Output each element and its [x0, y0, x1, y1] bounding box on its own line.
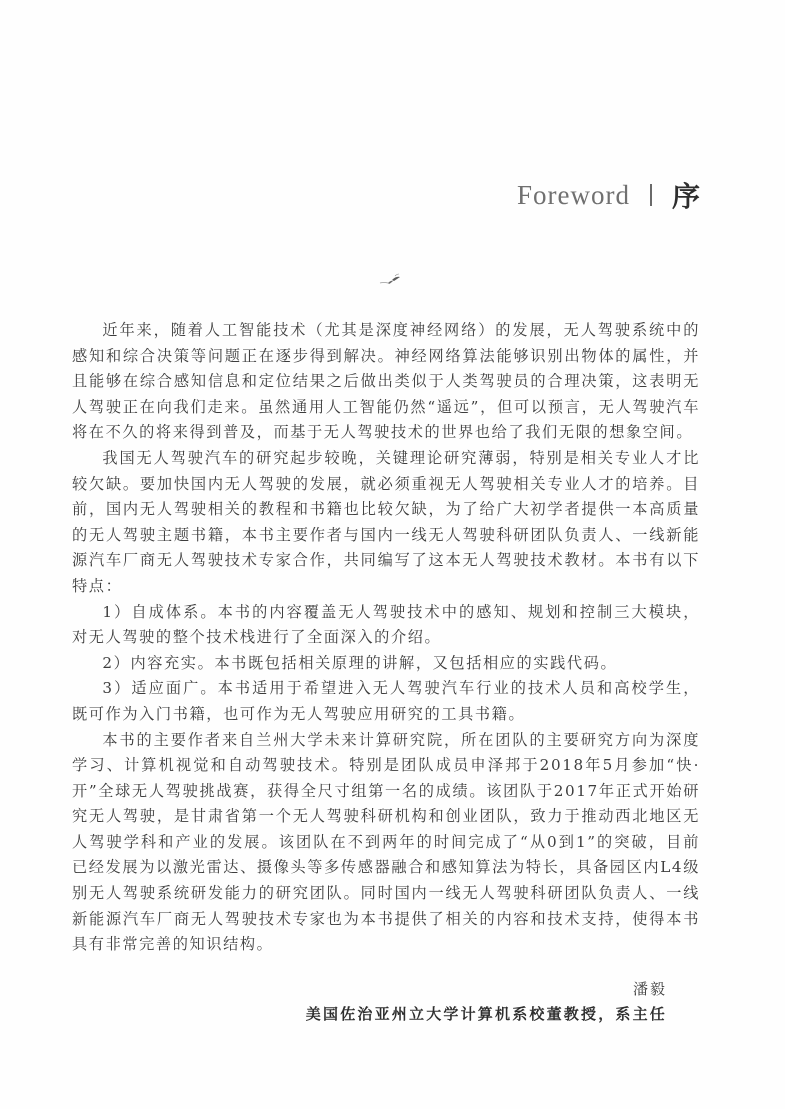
- heading-english: Foreword: [517, 180, 630, 211]
- foreword-body: 近年来，随着人工智能技术（尤其是深度神经网络）的发展，无人驾驶系统中的感知和综合…: [72, 318, 700, 958]
- signature-name: 潘毅: [633, 978, 667, 999]
- list-item: 3）适应面广。本书适用于希望进入无人驾驶汽车行业的技术人员和高校学生，既可作为入…: [72, 676, 700, 727]
- signature-title: 美国佐治亚州立大学计算机系校董教授，系主任: [306, 1003, 667, 1024]
- paragraph: 近年来，随着人工智能技术（尤其是深度神经网络）的发展，无人驾驶系统中的感知和综合…: [72, 318, 700, 446]
- heading-separator: [650, 184, 652, 206]
- decorative-flourish-icon: [378, 272, 408, 286]
- book-page: Foreword 序 近年来，随着人工智能技术（尤其是深度神经网络）的发展，无人…: [0, 0, 785, 1109]
- page-heading: Foreword 序: [517, 175, 700, 215]
- heading-chinese: 序: [672, 175, 700, 215]
- list-item: 2）内容充实。本书既包括相关原理的讲解，又包括相应的实践代码。: [72, 651, 700, 677]
- list-item: 1）自成体系。本书的内容覆盖无人驾驶技术中的感知、规划和控制三大模块，对无人驾驶…: [72, 600, 700, 651]
- paragraph: 本书的主要作者来自兰州大学未来计算研究院，所在团队的主要研究方向为深度学习、计算…: [72, 728, 700, 958]
- paragraph: 我国无人驾驶汽车的研究起步较晚，关键理论研究薄弱，特别是相关专业人才比较欠缺。要…: [72, 446, 700, 600]
